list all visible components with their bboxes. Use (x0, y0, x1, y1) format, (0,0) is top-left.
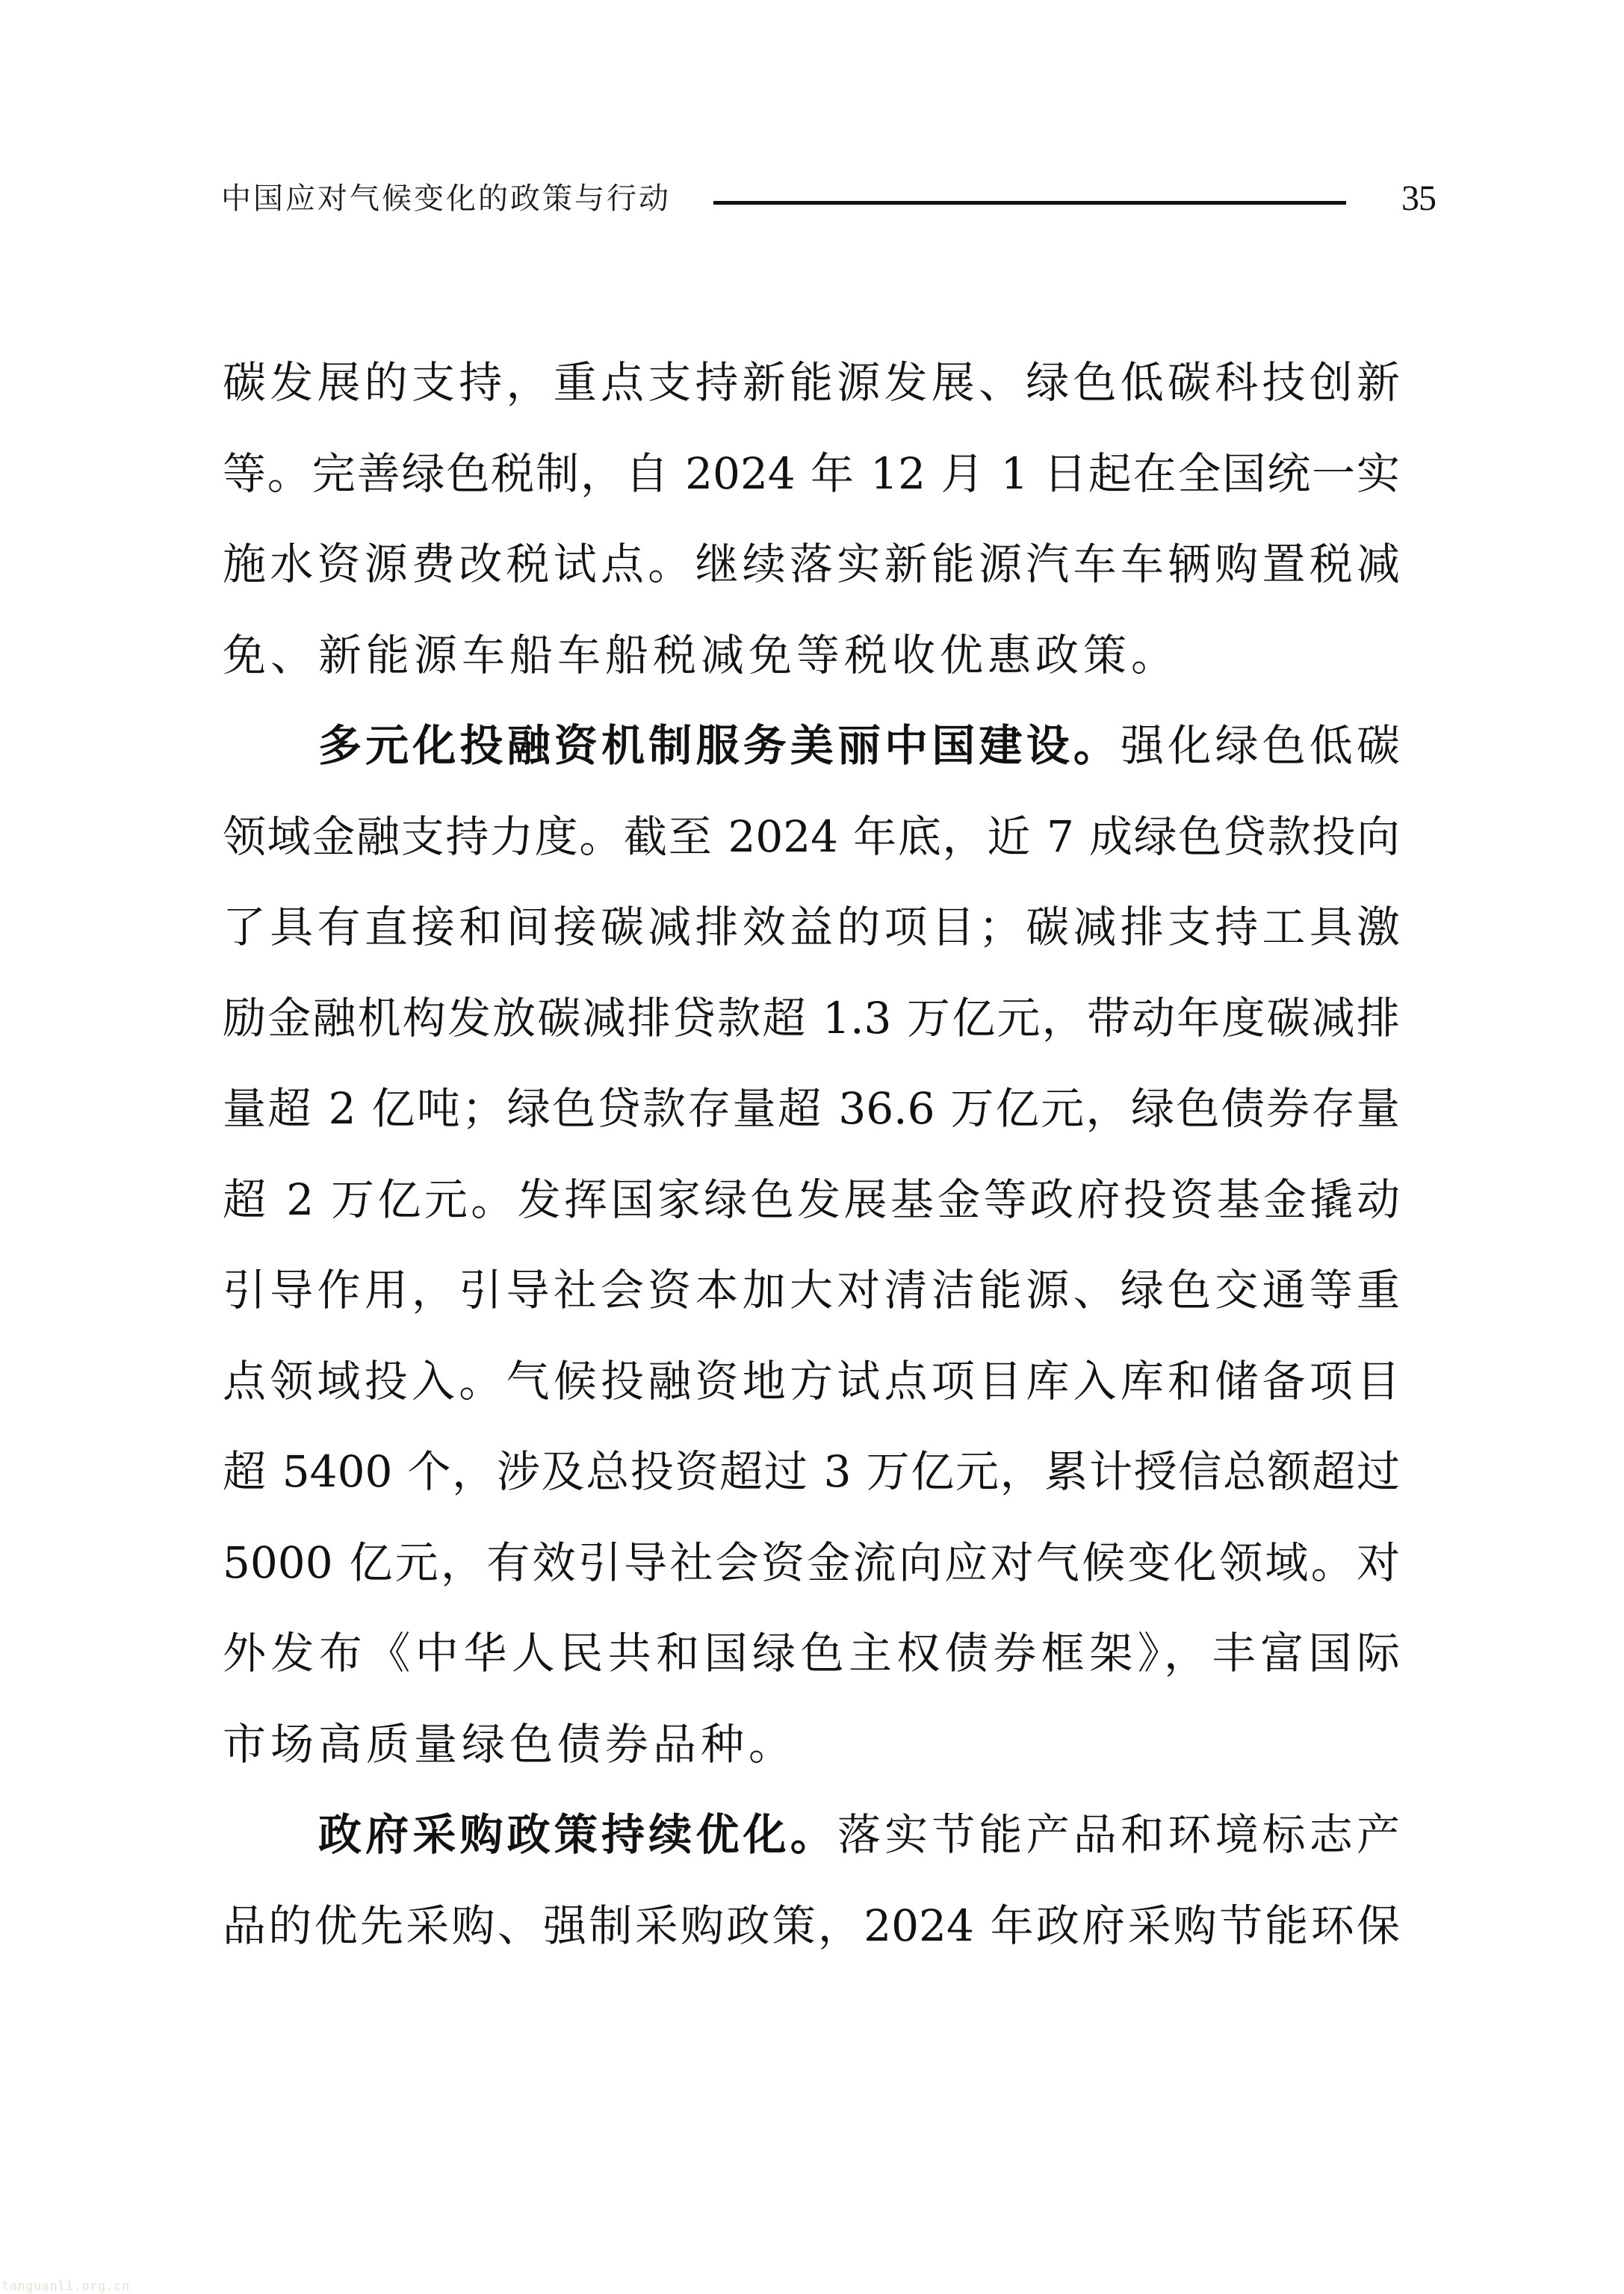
text-line: 引导作用，引导社会资本加大对清洁能源、绿色交通等重 (223, 1245, 1400, 1336)
paragraph-2-green-finance: 多元化投融资机制服务美丽中国建设。强化绿色低碳 领域金融支持力度。截至 2024… (223, 701, 1400, 1790)
text-line: 领域金融支持力度。截至 2024 年底，近 7 成绿色贷款投向 (223, 792, 1400, 883)
text-line: 5000 亿元，有效引导社会资金流向应对气候变化领域。对 (223, 1518, 1400, 1609)
text-line: 超 2 万亿元。发挥国家绿色发展基金等政府投资基金撬动 (223, 1155, 1400, 1246)
text-line-with-lead: 政府采购政策持续优化。落实节能产品和环境标志产 (223, 1790, 1400, 1881)
lead-line-rest: 落实节能产品和环境标志产 (837, 1809, 1400, 1860)
running-header-title: 中国应对气候变化的政策与行动 (221, 181, 671, 217)
text-line: 碳发展的支持，重点支持新能源发展、绿色低碳科技创新 (223, 338, 1400, 429)
text-line: 等。完善绿色税制，自 2024 年 12 月 1 日起在全国统一实 (223, 429, 1400, 520)
body-text: 碳发展的支持，重点支持新能源发展、绿色低碳科技创新 等。完善绿色税制，自 202… (223, 338, 1400, 1971)
text-line: 超 5400 个，涉及总投资超过 3 万亿元，累计授信总额超过 (223, 1427, 1400, 1518)
text-line: 品的优先采购、强制采购政策，2024 年政府采购节能环保 (223, 1881, 1400, 1972)
text-line: 施水资源费改税试点。继续落实新能源汽车车辆购置税减 (223, 519, 1400, 610)
running-header: 中国应对气候变化的政策与行动 35 (221, 176, 1446, 221)
page-number: 35 (1401, 179, 1436, 218)
text-line: 了具有直接和间接碳减排效益的项目；碳减排支持工具激 (223, 882, 1400, 973)
text-line: 励金融机构发放碳减排贷款超 1.3 万亿元，带动年度碳减排 (223, 973, 1400, 1064)
lead-line-rest: 强化绿色低碳 (1121, 720, 1400, 771)
site-watermark: tanguanli.org.cn (1, 2280, 130, 2294)
text-line: 免、新能源车船车船税减免等税收优惠政策。 (223, 610, 1400, 701)
paragraph-lead-heading: 多元化投融资机制服务美丽中国建设。 (318, 720, 1121, 771)
paragraph-lead-heading: 政府采购政策持续优化。 (318, 1809, 837, 1860)
text-line: 量超 2 亿吨；绿色贷款存量超 36.6 万亿元，绿色债券存量 (223, 1064, 1400, 1155)
text-line: 点领域投入。气候投融资地方试点项目库入库和储备项目 (223, 1336, 1400, 1427)
paragraph-3-government-procurement: 政府采购政策持续优化。落实节能产品和环境标志产 品的优先采购、强制采购政策，20… (223, 1790, 1400, 1971)
header-rule-divider (713, 201, 1346, 205)
text-line: 外发布《中华人民共和国绿色主权债券框架》，丰富国际 (223, 1608, 1400, 1699)
text-line-with-lead: 多元化投融资机制服务美丽中国建设。强化绿色低碳 (223, 701, 1400, 792)
paragraph-1: 碳发展的支持，重点支持新能源发展、绿色低碳科技创新 等。完善绿色税制，自 202… (223, 338, 1400, 701)
text-line: 市场高质量绿色债券品种。 (223, 1699, 1400, 1791)
